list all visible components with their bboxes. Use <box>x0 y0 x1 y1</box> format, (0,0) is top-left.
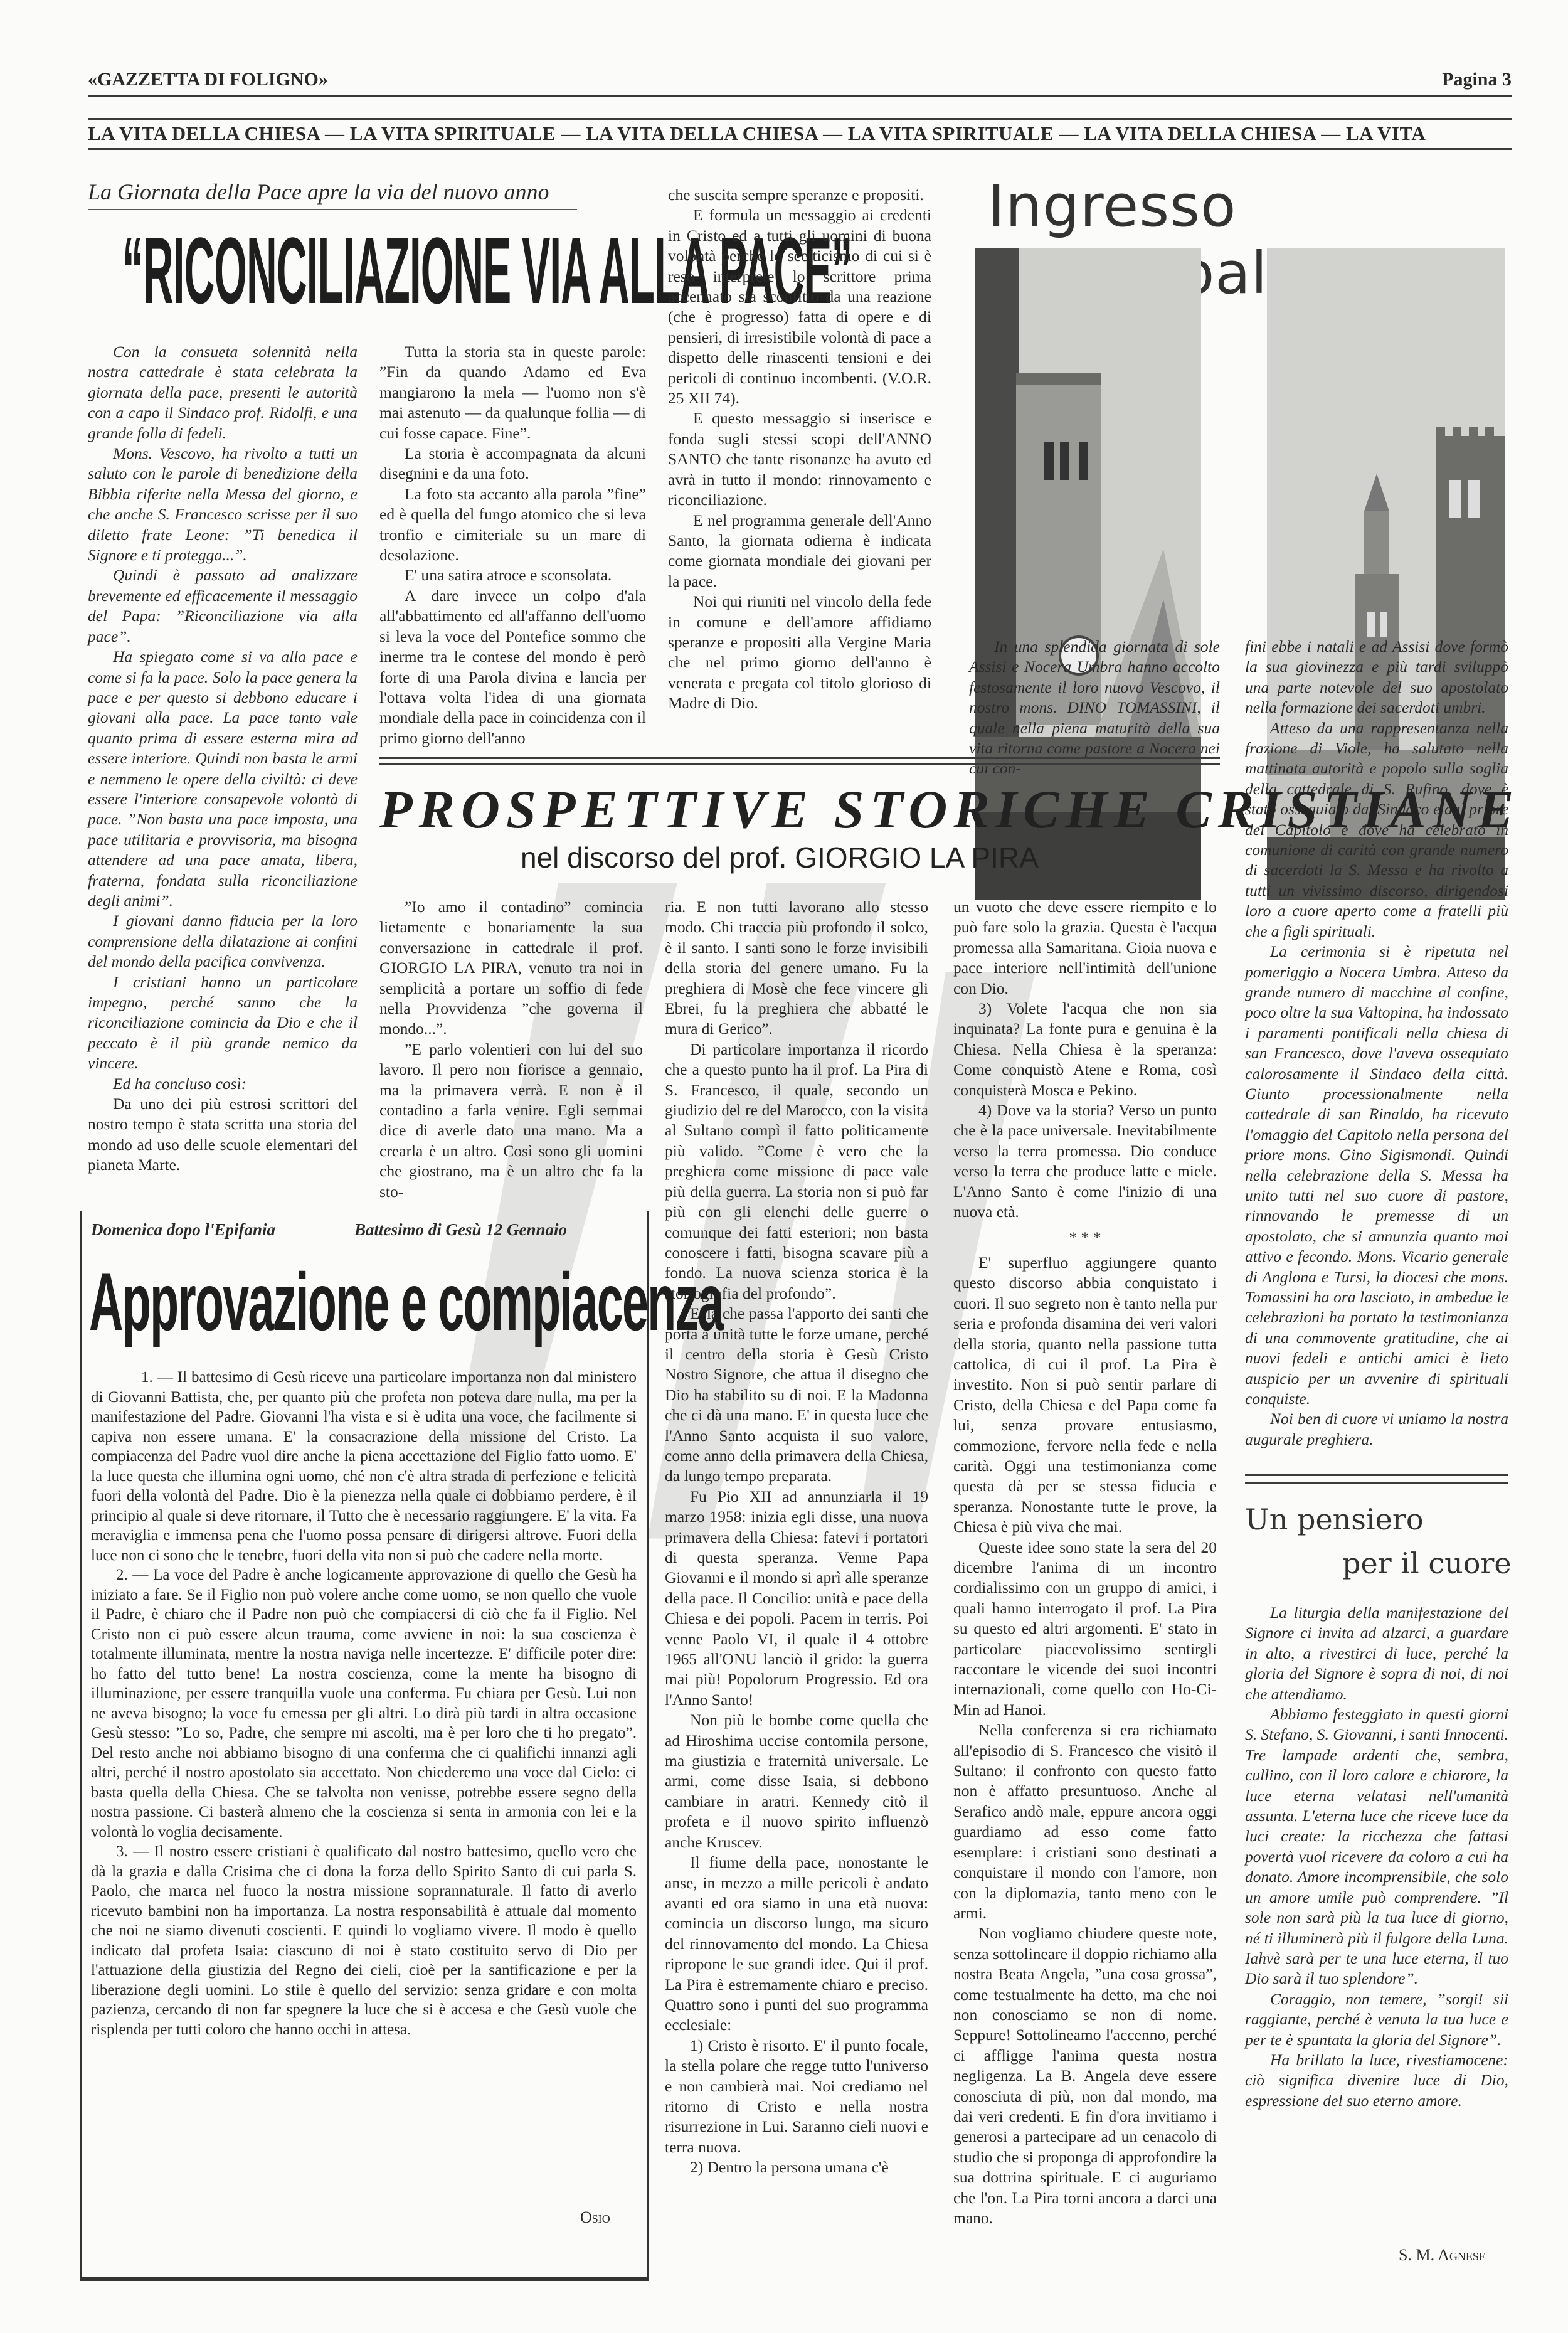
paragraph: I cristiani hanno un particolare impegno… <box>88 972 358 1074</box>
article5-body: La liturgia della manifestazione del Sig… <box>1245 1603 1508 2111</box>
paragraph: Coraggio, non temere, ”sorgi! sii raggia… <box>1245 1989 1508 2050</box>
paragraph: Mons. Vescovo, ha rivolto a tutti un sal… <box>88 444 358 565</box>
article1-col3: che suscita sempre speranze e propositi.… <box>668 185 931 714</box>
paragraph: un vuoto che deve essere riempito e lo p… <box>953 897 1217 999</box>
paragraph: 3. — Il nostro essere cristiani è qualif… <box>91 1842 637 2039</box>
paragraph: Noi ben di cuore vi uniamo la nostra aug… <box>1245 1409 1508 1450</box>
paragraph: La foto sta accanto alla parola ”fine” e… <box>379 484 646 566</box>
paragraph: 4) Dove va la storia? Verso un punto che… <box>953 1100 1217 1222</box>
paragraph: Non vogliamo chiudere queste note, senza… <box>953 1923 1217 2228</box>
article4-kicker-right: Battesimo di Gesù 12 Gennaio <box>354 1220 567 1240</box>
paragraph: E questo messaggio si inserisce e fonda … <box>668 408 931 510</box>
section-banner: LA VITA DELLA CHIESA — LA VITA SPIRITUAL… <box>88 122 1512 145</box>
paragraph: E' superfluo aggiungere quanto questo di… <box>953 1253 1217 1538</box>
paragraph: Nella conferenza si era richiamato all'e… <box>953 1720 1217 1923</box>
article3-col3: un vuoto che deve essere riempito e lo p… <box>953 897 1217 2228</box>
paragraph: I giovani danno fiducia per la loro comp… <box>88 911 358 972</box>
article1-kicker: La Giornata della Pace apre la via del n… <box>88 179 577 205</box>
paragraph: Queste idee sono state la sera del 20 di… <box>953 1538 1217 1721</box>
article3-col2: ria. E non tutti lavorano allo stesso mo… <box>665 897 928 2178</box>
article4-headline: Approvazione e compiacenza <box>89 1255 723 1349</box>
paragraph: Noi qui riuniti nel vincolo della fede i… <box>668 592 931 713</box>
paragraph: 3) Volete l'acqua che non sia inquinata?… <box>953 999 1217 1100</box>
paragraph: Il fiume della pace, nonostante le anse,… <box>665 1852 928 2036</box>
article3-subhead: nel discorso del prof. GIORGIO LA PIRA <box>521 841 1039 874</box>
paragraph: che suscita sempre speranze e propositi. <box>668 185 931 205</box>
paragraph: 1. — Il battesimo di Gesù riceve una par… <box>91 1368 637 1565</box>
banner-rule-top <box>88 118 1512 120</box>
paragraph: E formula un messaggio ai credenti in Cr… <box>668 205 931 408</box>
banner-rule-bottom <box>88 148 1512 150</box>
article5-signature: S. M. Agnese <box>1399 2246 1486 2265</box>
paragraph: fini ebbe i natali e ad Assisi dove form… <box>1245 637 1508 718</box>
article5-rule-2 <box>1245 1482 1508 1484</box>
paragraph: Ed ha concluso così: <box>88 1074 358 1094</box>
article2-col2: fini ebbe i natali e ad Assisi dove form… <box>1245 637 1508 1450</box>
article5-headline-line2: per il cuore <box>1342 1546 1512 1580</box>
paragraph: La cerimonia si è ripetuta nel pomeriggi… <box>1245 942 1508 1409</box>
paragraph: Da uno dei più estrosi scrittori del nos… <box>88 1094 358 1176</box>
article3-col1: ”Io amo il contadino” comincia lietament… <box>379 897 643 1202</box>
article4-kicker-left: Domenica dopo l'Epifania <box>91 1220 275 1240</box>
paragraph: ”Io amo il contadino” comincia lietament… <box>379 897 643 1039</box>
paragraph: Non più le bombe come quella che ad Hiro… <box>665 1710 928 1852</box>
asterisk-divider: * * * <box>953 1228 1217 1248</box>
newspaper-title: «GAZZETTA DI FOLIGNO» <box>88 69 328 90</box>
kicker-rule <box>88 209 577 210</box>
article5-headline-line1: Un pensiero <box>1245 1502 1424 1536</box>
article4-signature: Osio <box>580 2208 610 2227</box>
paragraph: 2) Dentro la persona umana c'è <box>665 2157 928 2177</box>
paragraph: A dare invece un colpo d'ala all'abbatti… <box>379 586 646 748</box>
page-number: Pagina 3 <box>1442 69 1512 90</box>
paragraph: La storia è accompagnata da alcuni diseg… <box>379 444 646 484</box>
masthead: «GAZZETTA DI FOLIGNO» Pagina 3 <box>88 69 1512 94</box>
paragraph: Fu Pio XII ad annunziarla il 19 marzo 19… <box>665 1487 928 1710</box>
article1-col2: Tutta la storia sta in queste parole: ”F… <box>379 342 646 748</box>
article3-rule-2 <box>379 763 1220 765</box>
paragraph: Tutta la storia sta in queste parole: ”F… <box>379 342 646 444</box>
article3-headline: PROSPETTIVE STORICHE CRISTIANE <box>379 778 1520 841</box>
paragraph: E' una satira atroce e sconsolata. <box>379 565 646 585</box>
paragraph: Ha spiegato come si va alla pace e come … <box>88 647 358 911</box>
article4-body: 1. — Il battesimo di Gesù riceve una par… <box>91 1368 637 2039</box>
paragraph: Abbiamo festeggiato in questi giorni S. … <box>1245 1704 1508 1989</box>
article3-rule-1 <box>379 757 1220 759</box>
paragraph: 2. — La voce del Padre è anche logicamen… <box>91 1565 637 1842</box>
paragraph: La liturgia della manifestazione del Sig… <box>1245 1603 1508 1704</box>
masthead-rule <box>88 95 1512 97</box>
paragraph: Con la consueta solennità nella nostra c… <box>88 342 358 444</box>
article1-col1: Con la consueta solennità nella nostra c… <box>88 342 358 1176</box>
paragraph: Quindi è passato ad analizzare brevement… <box>88 565 358 647</box>
paragraph: ria. E non tutti lavorano allo stesso mo… <box>665 897 928 1039</box>
paragraph: Ha brillato la luce, rivestiamocene: ciò… <box>1245 2050 1508 2111</box>
paragraph: E nel programma generale dell'Anno Santo… <box>668 511 931 592</box>
article5-rule-1 <box>1245 1474 1508 1476</box>
paragraph: 1) Cristo è risorto. E' il punto focale,… <box>665 2036 928 2157</box>
paragraph: ”E parlo volentieri con lui del suo lavo… <box>379 1039 643 1202</box>
